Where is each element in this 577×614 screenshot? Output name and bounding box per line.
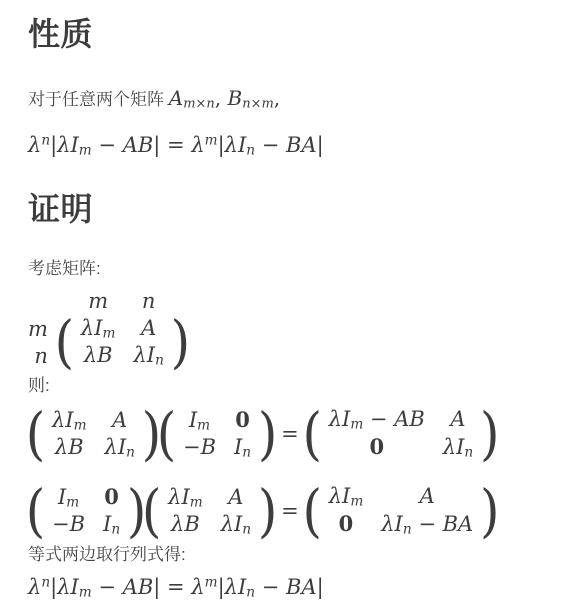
determinant-text: 等式两边取行列式得: — [28, 543, 557, 567]
matrix-cell: A — [219, 484, 252, 511]
matrix-top-label: n — [142, 289, 156, 315]
left-paren-icon: ( — [144, 479, 159, 541]
matrix-cell: 0 — [330, 510, 363, 538]
matrix-cell: λIn − BA — [372, 511, 482, 538]
matrix-cell: λIm — [72, 315, 125, 342]
matrix-cell: A — [411, 483, 444, 510]
matrix-cell: λIn — [212, 511, 260, 538]
then-text: 则: — [28, 374, 557, 398]
heading-property: 性质 — [28, 14, 557, 54]
matrix-cell: −B — [174, 434, 225, 461]
property-formula: λn|λIm − AB| = λm|λIn − BA| — [28, 131, 557, 159]
matrix: (λImAλBλIn) — [144, 484, 275, 538]
left-paren-icon: ( — [305, 479, 320, 542]
matrix-cell: λIm — [320, 483, 373, 510]
matrix-cell: Im — [180, 407, 219, 434]
matrix: (λImA0λIn − BA) — [305, 483, 498, 538]
final-formula: λn|λIm − AB| = λm|λIn − BA| — [28, 573, 557, 601]
left-paren-icon: ( — [57, 311, 72, 373]
consider-text: 考虑矩阵: — [28, 257, 557, 281]
left-paren-icon: ( — [159, 402, 174, 465]
equation-1: (λImAλBλIn)(Im0−BIn)=(λIm − ABA0λIn) — [28, 406, 557, 461]
property-intro-text: 对于任意两个矩阵 — [28, 90, 169, 109]
matrix-cell: 0 — [360, 433, 393, 461]
matrix-cell: A — [441, 406, 474, 433]
matrix-cell: λB — [162, 511, 209, 538]
left-paren-icon: ( — [28, 402, 43, 464]
right-paren-icon: ) — [173, 311, 188, 373]
left-paren-icon: ( — [305, 402, 320, 465]
matrix-left-label: n — [34, 344, 57, 368]
matrix-cell: A — [132, 315, 165, 342]
matrix-cell: In — [94, 511, 129, 538]
matrix-cell: λIn — [124, 342, 172, 369]
matrix-cell: λIm − AB — [320, 406, 434, 433]
matrix: mnmn(λImAλBλIn) — [28, 289, 188, 369]
matrix-top-label: m — [88, 289, 108, 315]
matrix-cell: A — [103, 407, 136, 434]
matrix-cell: In — [225, 434, 260, 461]
equals-sign: = — [281, 422, 299, 446]
matrix-cell: λB — [46, 434, 93, 461]
article: 性质 对于任意两个矩阵 Am×n, Bn×m, λn|λIm − AB| = λ… — [0, 0, 577, 601]
equation-2: (Im0−BIn)(λImAλBλIn)=(λImA0λIn − BA) — [28, 483, 557, 538]
matrix-cell: Im — [49, 484, 88, 511]
matrix-cell: λIn — [96, 434, 144, 461]
matrix-left-label: m — [28, 317, 57, 341]
labeled-matrix: mnmn(λImAλBλIn) — [28, 289, 188, 369]
matrix: (λImAλBλIn) — [28, 407, 159, 461]
matrix-cell: λIm — [159, 484, 212, 511]
matrix-cell: 0 — [226, 406, 259, 434]
matrix-cell: 0 — [95, 483, 128, 511]
matrix: (Im0−BIn) — [159, 406, 275, 461]
labeled-matrix-block: mnmn(λImAλBλIn) — [28, 289, 557, 369]
property-intro: 对于任意两个矩阵 Am×n, Bn×m, — [28, 84, 557, 114]
matrix: (Im0−BIn) — [28, 483, 144, 538]
right-paren-icon: ) — [482, 479, 497, 542]
right-paren-icon: ) — [260, 479, 275, 541]
matrix-cell: λIm — [43, 407, 96, 434]
matrix-cell: λB — [75, 342, 122, 369]
property-intro-math: Am×n, Bn×m, — [169, 86, 280, 110]
equals-sign: = — [281, 499, 299, 523]
left-paren-icon: ( — [28, 479, 43, 542]
right-paren-icon: ) — [482, 402, 497, 465]
matrix-cell: λIn — [434, 434, 482, 461]
matrix-cell: −B — [43, 511, 94, 538]
matrix: (λIm − ABA0λIn) — [305, 406, 498, 461]
heading-proof: 证明 — [28, 189, 557, 229]
right-paren-icon: ) — [260, 402, 275, 465]
